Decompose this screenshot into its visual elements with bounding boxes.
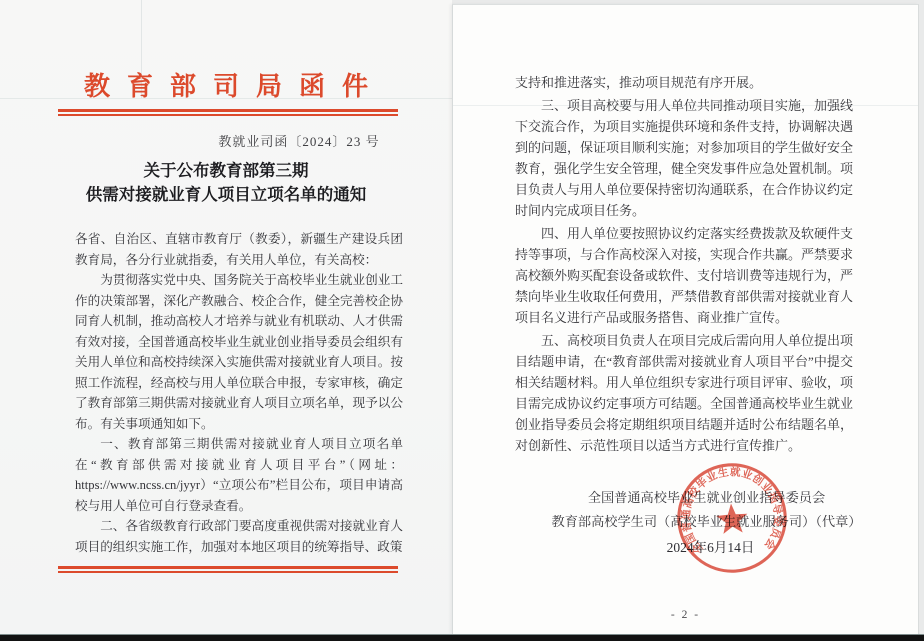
letterhead-separator-line <box>58 109 398 116</box>
separator-thick-line <box>58 109 398 112</box>
document-title-line2: 供需对接就业育人项目立项名单的通知 <box>0 183 452 207</box>
paragraph: 支持和推进落实，推动项目规范有序开展。 <box>515 72 853 93</box>
paragraph: 一、教育部第三期供需对接就业育人项目立项名单在“教育部供需对接就业育人项目平台”… <box>75 434 403 516</box>
paragraph: 二、各省级教育行政部门要高度重视供需对接就业育人项目的组织实施工作，加强对本地区… <box>75 516 403 557</box>
signature-date: 2024年6月14日 <box>453 536 918 556</box>
separator-thin-line <box>58 114 398 116</box>
page-number: - 2 - <box>453 609 918 621</box>
separator-thin-line <box>58 571 398 573</box>
scanned-letter-spread: 教育部司局函件 教就业司函〔2024〕23 号 关于公布教育部第三期 供需对接就… <box>0 0 924 641</box>
signature-block: 全国普通高校毕业生就业创业指导委员会 教育部高校学生司（高校毕业生就业服务司）（… <box>453 486 918 534</box>
page-1: 教育部司局函件 教就业司函〔2024〕23 号 关于公布教育部第三期 供需对接就… <box>0 0 452 634</box>
signature-committee: 全国普通高校毕业生就业创业指导委员会 <box>495 486 918 510</box>
paragraph: 为贯彻落实党中央、国务院关于高校毕业生就业创业工作的决策部署，深化产教融合、校企… <box>75 270 403 434</box>
scan-bottom-edge <box>0 634 924 641</box>
document-title-line1: 关于公布教育部第三期 <box>0 159 452 183</box>
document-title: 关于公布教育部第三期 供需对接就业育人项目立项名单的通知 <box>0 159 452 207</box>
footer-separator-line <box>58 566 398 573</box>
paragraph: 三、项目高校要与用人单位共同推动项目实施，加强线下交流合作，为项目实施提供环境和… <box>515 95 853 221</box>
paragraph: 四、用人单位要按照协议约定落实经费拨款及软硬件支持等事项，与合作高校深入对接，实… <box>515 223 853 328</box>
page-2-body: 支持和推进落实，推动项目规范有序开展。三、项目高校要与用人单位共同推动项目实施，… <box>515 72 853 458</box>
signature-department: 教育部高校学生司（高校毕业生就业服务司）（代章） <box>495 510 918 534</box>
page-1-body: 各省、自治区、直辖市教育厅（教委），新疆生产建设兵团教育局，各分行业就指委，有关… <box>75 229 403 557</box>
paragraph: 五、高校项目负责人在项目完成后需向用人单位提出项目结题申请，在“教育部供需对接就… <box>515 330 853 456</box>
letterhead-title: 教育部司局函件 <box>0 66 452 103</box>
page-2: 支持和推进落实，推动项目规范有序开展。三、项目高校要与用人单位共同推动项目实施，… <box>452 4 919 634</box>
separator-thick-line <box>58 566 398 569</box>
paragraph: 各省、自治区、直辖市教育厅（教委），新疆生产建设兵团教育局，各分行业就指委，有关… <box>75 229 403 270</box>
